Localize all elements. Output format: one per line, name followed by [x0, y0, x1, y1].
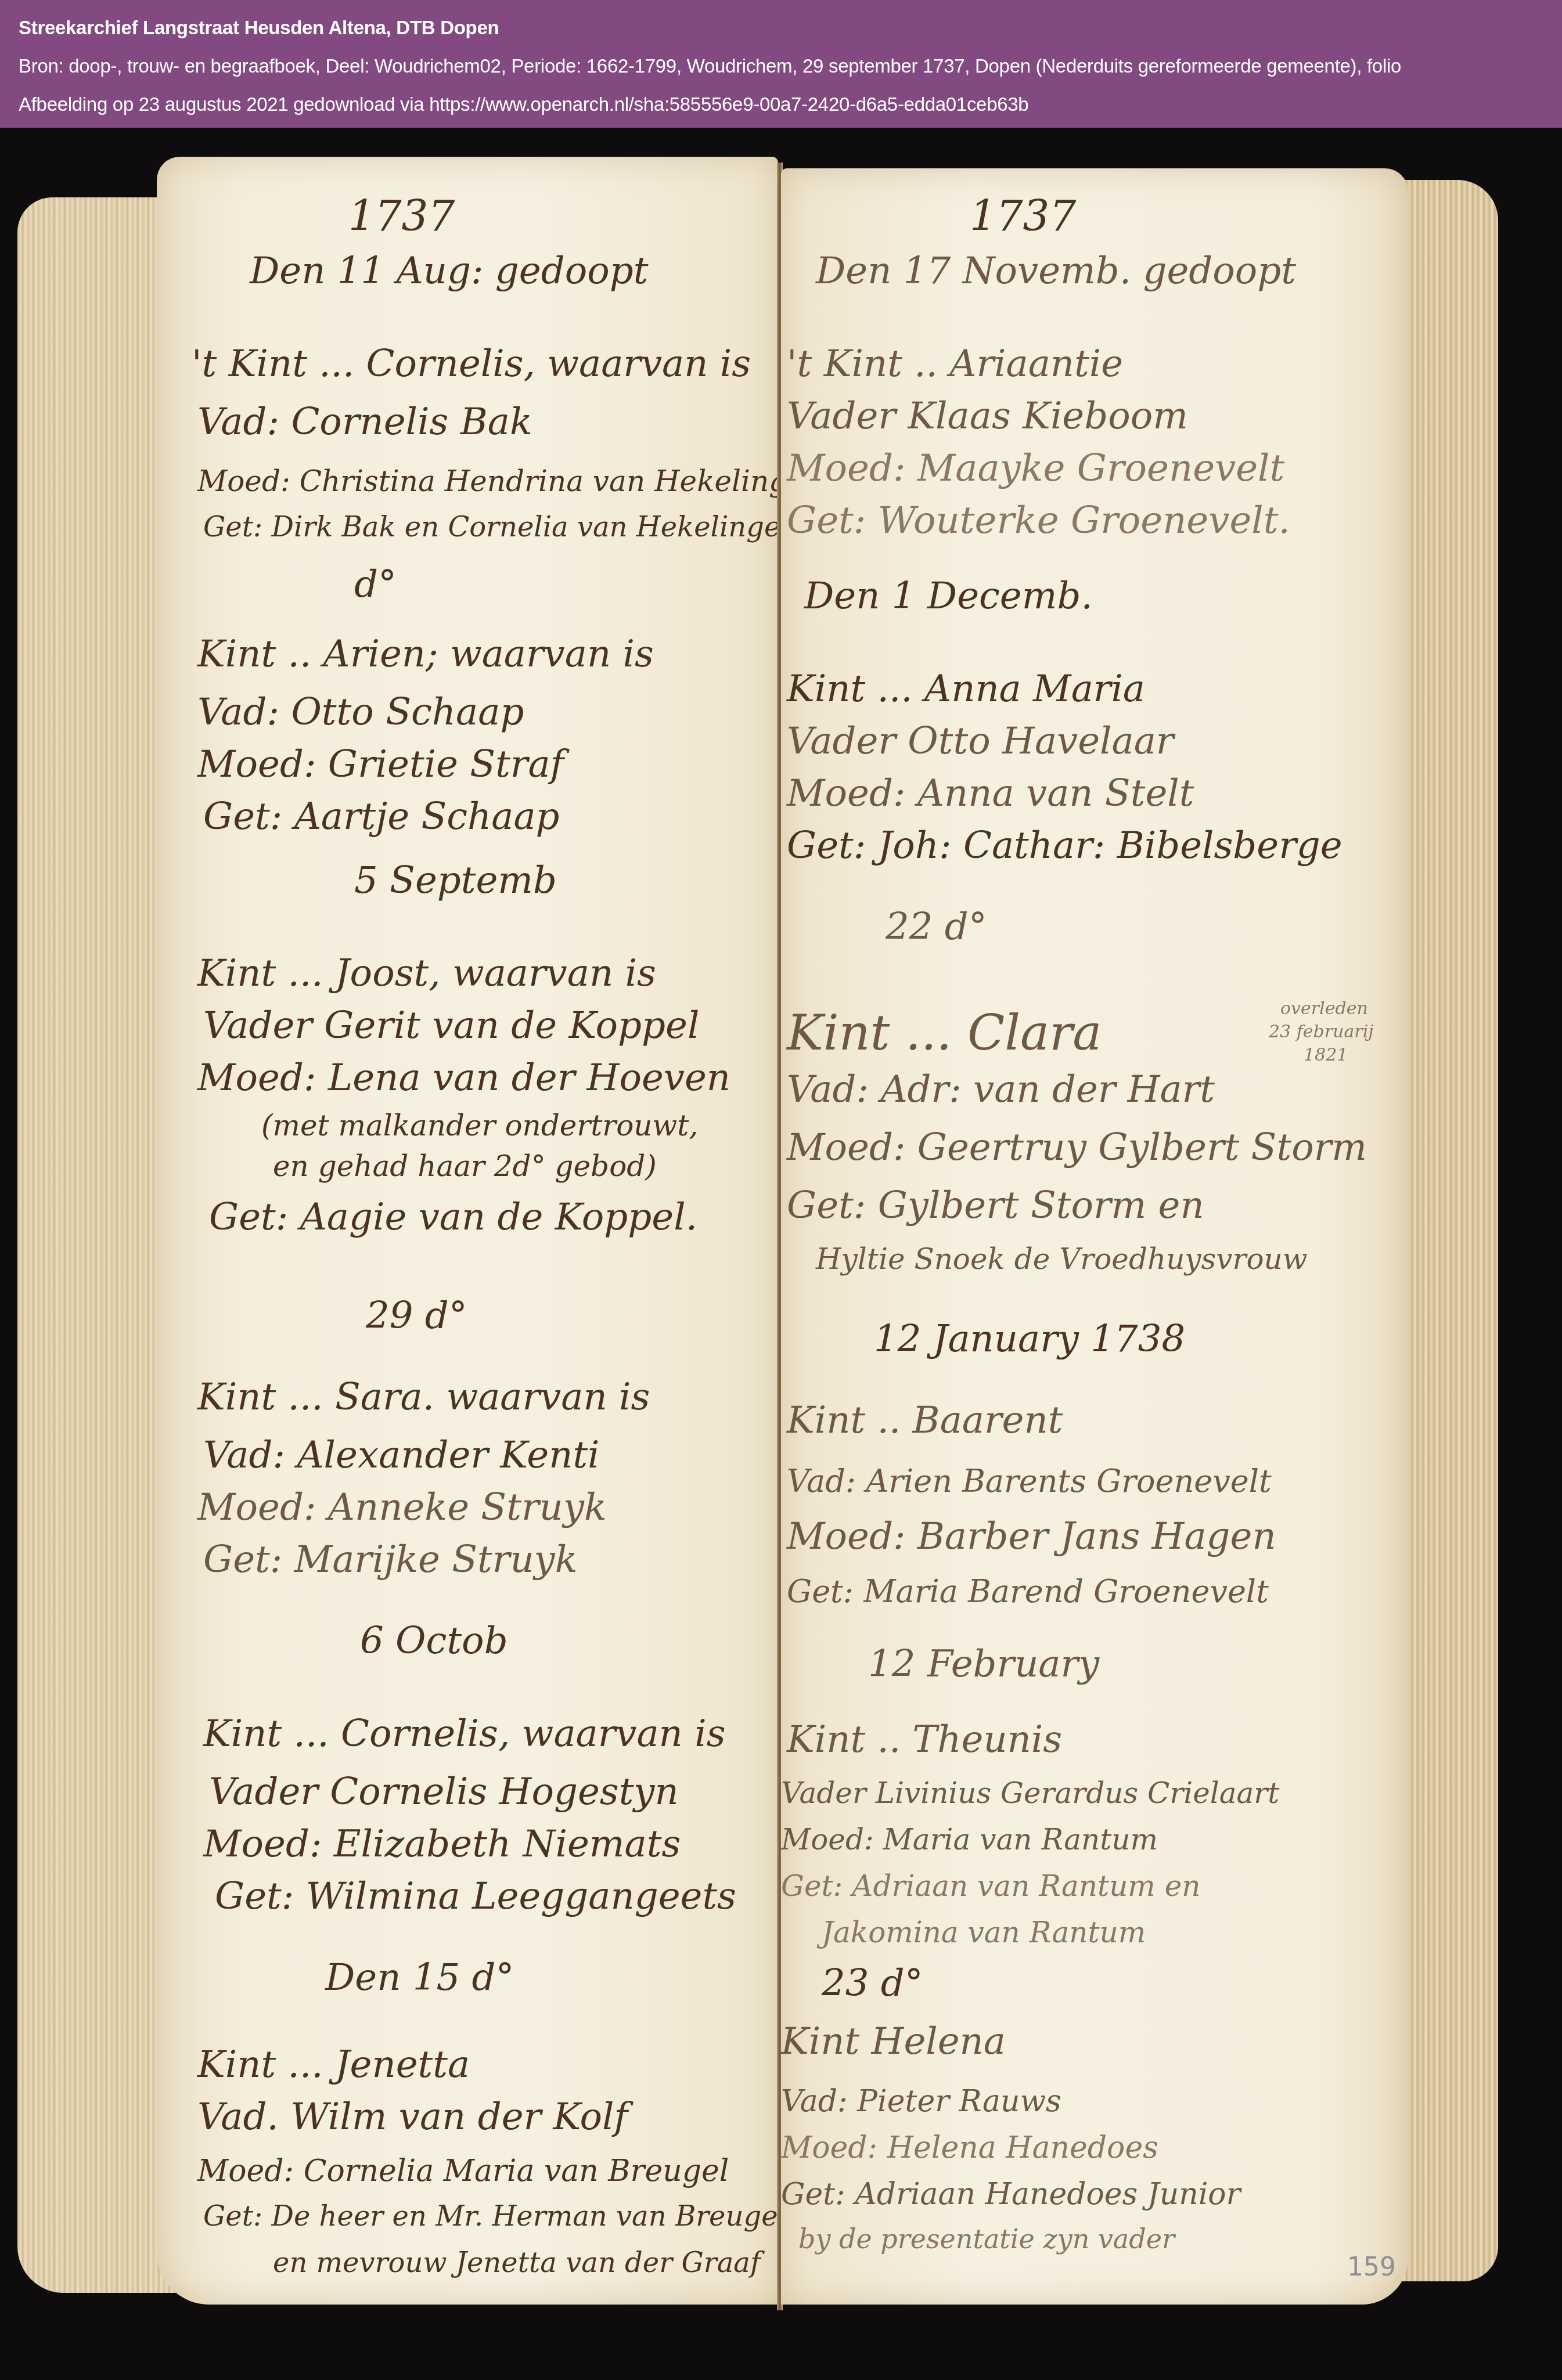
entry-child: Kint ... Cornelis, waarvan is — [203, 1712, 725, 1755]
entry-mother: Moed: Grietie Straf — [197, 743, 564, 786]
right-page: 1737 Den 17 Novemb. gedoopt 't Kint .. A… — [781, 168, 1408, 2305]
entry-father: Vader Gerit van de Koppel — [203, 1004, 699, 1047]
entry-child: Kint ... Clara — [787, 1004, 1102, 1061]
entry-father: Vad: Arien Barents Groenevelt — [787, 1463, 1272, 1499]
entry-witnesses: Get: Wilmina Leeggangeets — [215, 1875, 736, 1918]
entry-mother: Moed: Cornelia Maria van Breugel — [197, 2154, 729, 2188]
entry-witnesses-cont: en mevrouw Jenetta van der Graaf — [273, 2246, 761, 2279]
entry-child: Kint ... Anna Maria — [787, 668, 1145, 711]
entry-father: Vader Cornelis Hogestyn — [209, 1770, 679, 1813]
entry-witnesses: Get: Adriaan Hanedoes Junior — [781, 2177, 1240, 2212]
entry-mother: Moed: Anna van Stelt — [787, 772, 1194, 815]
download-note: Afbeelding op 23 augustus 2021 gedownloa… — [19, 93, 1543, 116]
entry-note: (met malkander ondertrouwt, — [261, 1109, 698, 1142]
entry-date: 12 February — [868, 1643, 1099, 1686]
entry-note: by de presentatie zyn vader — [798, 2223, 1175, 2255]
entry-child: Kint ... Jenetta — [197, 2043, 470, 2086]
death-annotation-year: 1821 — [1304, 1045, 1348, 1065]
entry-child: Kint .. Theunis — [787, 1718, 1062, 1761]
entry-child: Kint ... Joost, waarvan is — [197, 952, 656, 995]
entry-child: 't Kint .. Ariaantie — [787, 342, 1123, 385]
entry-father: Vad: Otto Schaap — [197, 691, 524, 734]
left-page-year: 1737 — [348, 192, 455, 240]
entry-mother: Moed: Maria van Rantum — [781, 1823, 1158, 1856]
entry-mother: Moed: Geertruy Gylbert Storm — [787, 1126, 1367, 1169]
entry-mother: Moed: Barber Jans Hagen — [787, 1515, 1276, 1558]
entry-mother: Moed: Christina Hendrina van Hekelinge — [197, 464, 805, 498]
entry-date: Den 1 Decemb. — [804, 575, 1093, 618]
entry-witnesses: Get: Aagie van de Koppel. — [209, 1196, 697, 1239]
right-page-year: 1737 — [970, 192, 1076, 240]
entry-date: d° — [354, 563, 397, 606]
entry-father: Vader Livinius Gerardus Crielaart — [781, 1776, 1279, 1810]
entry-father: Vad: Pieter Rauws — [781, 2084, 1061, 2119]
entry-witnesses-cont: Jakomina van Rantum — [822, 1916, 1146, 1949]
entry-date: 6 Octob — [360, 1620, 508, 1663]
entry-father: Vader Klaas Kieboom — [787, 395, 1188, 438]
entry-note: en gehad haar 2d° gebod) — [273, 1149, 657, 1183]
folio-number: 159 — [1347, 2252, 1396, 2282]
entry-mother: Moed: Helena Hanedoes — [781, 2130, 1158, 2165]
entry-date: 23 d° — [822, 1962, 923, 2005]
entry-mother: Moed: Anneke Struyk — [197, 1486, 607, 1529]
entry-father: Vad: Adr: van der Hart — [787, 1068, 1215, 1111]
entry-witnesses-cont: Hyltie Snoek de Vroedhuysvrouw — [816, 1242, 1308, 1276]
entry-witnesses: Get: Aartje Schaap — [203, 795, 560, 838]
death-annotation: overleden — [1280, 998, 1368, 1019]
entry-witnesses: Get: De heer en Mr. Herman van Breugel — [203, 2200, 787, 2233]
scanned-book-image: 1737 Den 11 Aug: gedoopt 't Kint ... Cor… — [0, 128, 1562, 2380]
entry-date: 5 Septemb — [354, 859, 557, 902]
entry-mother: Moed: Maayke Groenevelt — [787, 447, 1284, 490]
entry-date: Den 11 Aug: gedoopt — [250, 250, 648, 293]
entry-child: 't Kint ... Cornelis, waarvan is — [192, 342, 751, 385]
entry-child: Kint ... Sara. waarvan is — [197, 1376, 650, 1419]
entry-witnesses: Get: Marijke Struyk — [203, 1538, 578, 1581]
entry-child: Kint .. Baarent — [787, 1399, 1063, 1442]
entry-witnesses: Get: Joh: Cathar: Bibelsberge — [787, 824, 1343, 867]
entry-date: Den 17 Novemb. gedoopt — [816, 250, 1296, 293]
entry-mother: Moed: Lena van der Hoeven — [197, 1056, 730, 1099]
entry-father: Vad: Cornelis Bak — [197, 401, 532, 443]
left-page: 1737 Den 11 Aug: gedoopt 't Kint ... Cor… — [157, 157, 778, 2305]
archive-header-banner: Streekarchief Langstraat Heusden Altena,… — [0, 0, 1562, 128]
entry-child: Kint Helena — [781, 2020, 1006, 2063]
entry-date: 22 d° — [886, 906, 987, 949]
entry-witnesses: Get: Adriaan van Rantum en — [781, 1869, 1200, 1903]
entry-witnesses: Get: Dirk Bak en Cornelia van Hekelinge — [203, 511, 780, 543]
entry-date: 29 d° — [366, 1294, 467, 1337]
entry-father: Vader Otto Havelaar — [787, 720, 1174, 763]
entry-date: 12 January 1738 — [874, 1318, 1185, 1361]
entry-witnesses: Get: Maria Barend Groenevelt — [787, 1573, 1269, 1610]
entry-mother: Moed: Elizabeth Niemats — [203, 1823, 681, 1866]
entry-child: Kint .. Arien; waarvan is — [197, 633, 654, 676]
archive-title: Streekarchief Langstraat Heusden Altena,… — [19, 16, 1543, 39]
death-annotation-date: 23 februarij — [1269, 1022, 1374, 1042]
entry-date: Den 15 d° — [325, 1956, 514, 1999]
entry-father: Vad: Alexander Kenti — [203, 1434, 600, 1477]
entry-witnesses: Get: Gylbert Storm en — [787, 1184, 1204, 1227]
entry-father: Vad. Wilm van der Kolf — [197, 2096, 628, 2139]
source-description: Bron: doop-, trouw- en begraafboek, Deel… — [19, 55, 1543, 78]
entry-witnesses: Get: Wouterke Groenevelt. — [787, 499, 1290, 542]
